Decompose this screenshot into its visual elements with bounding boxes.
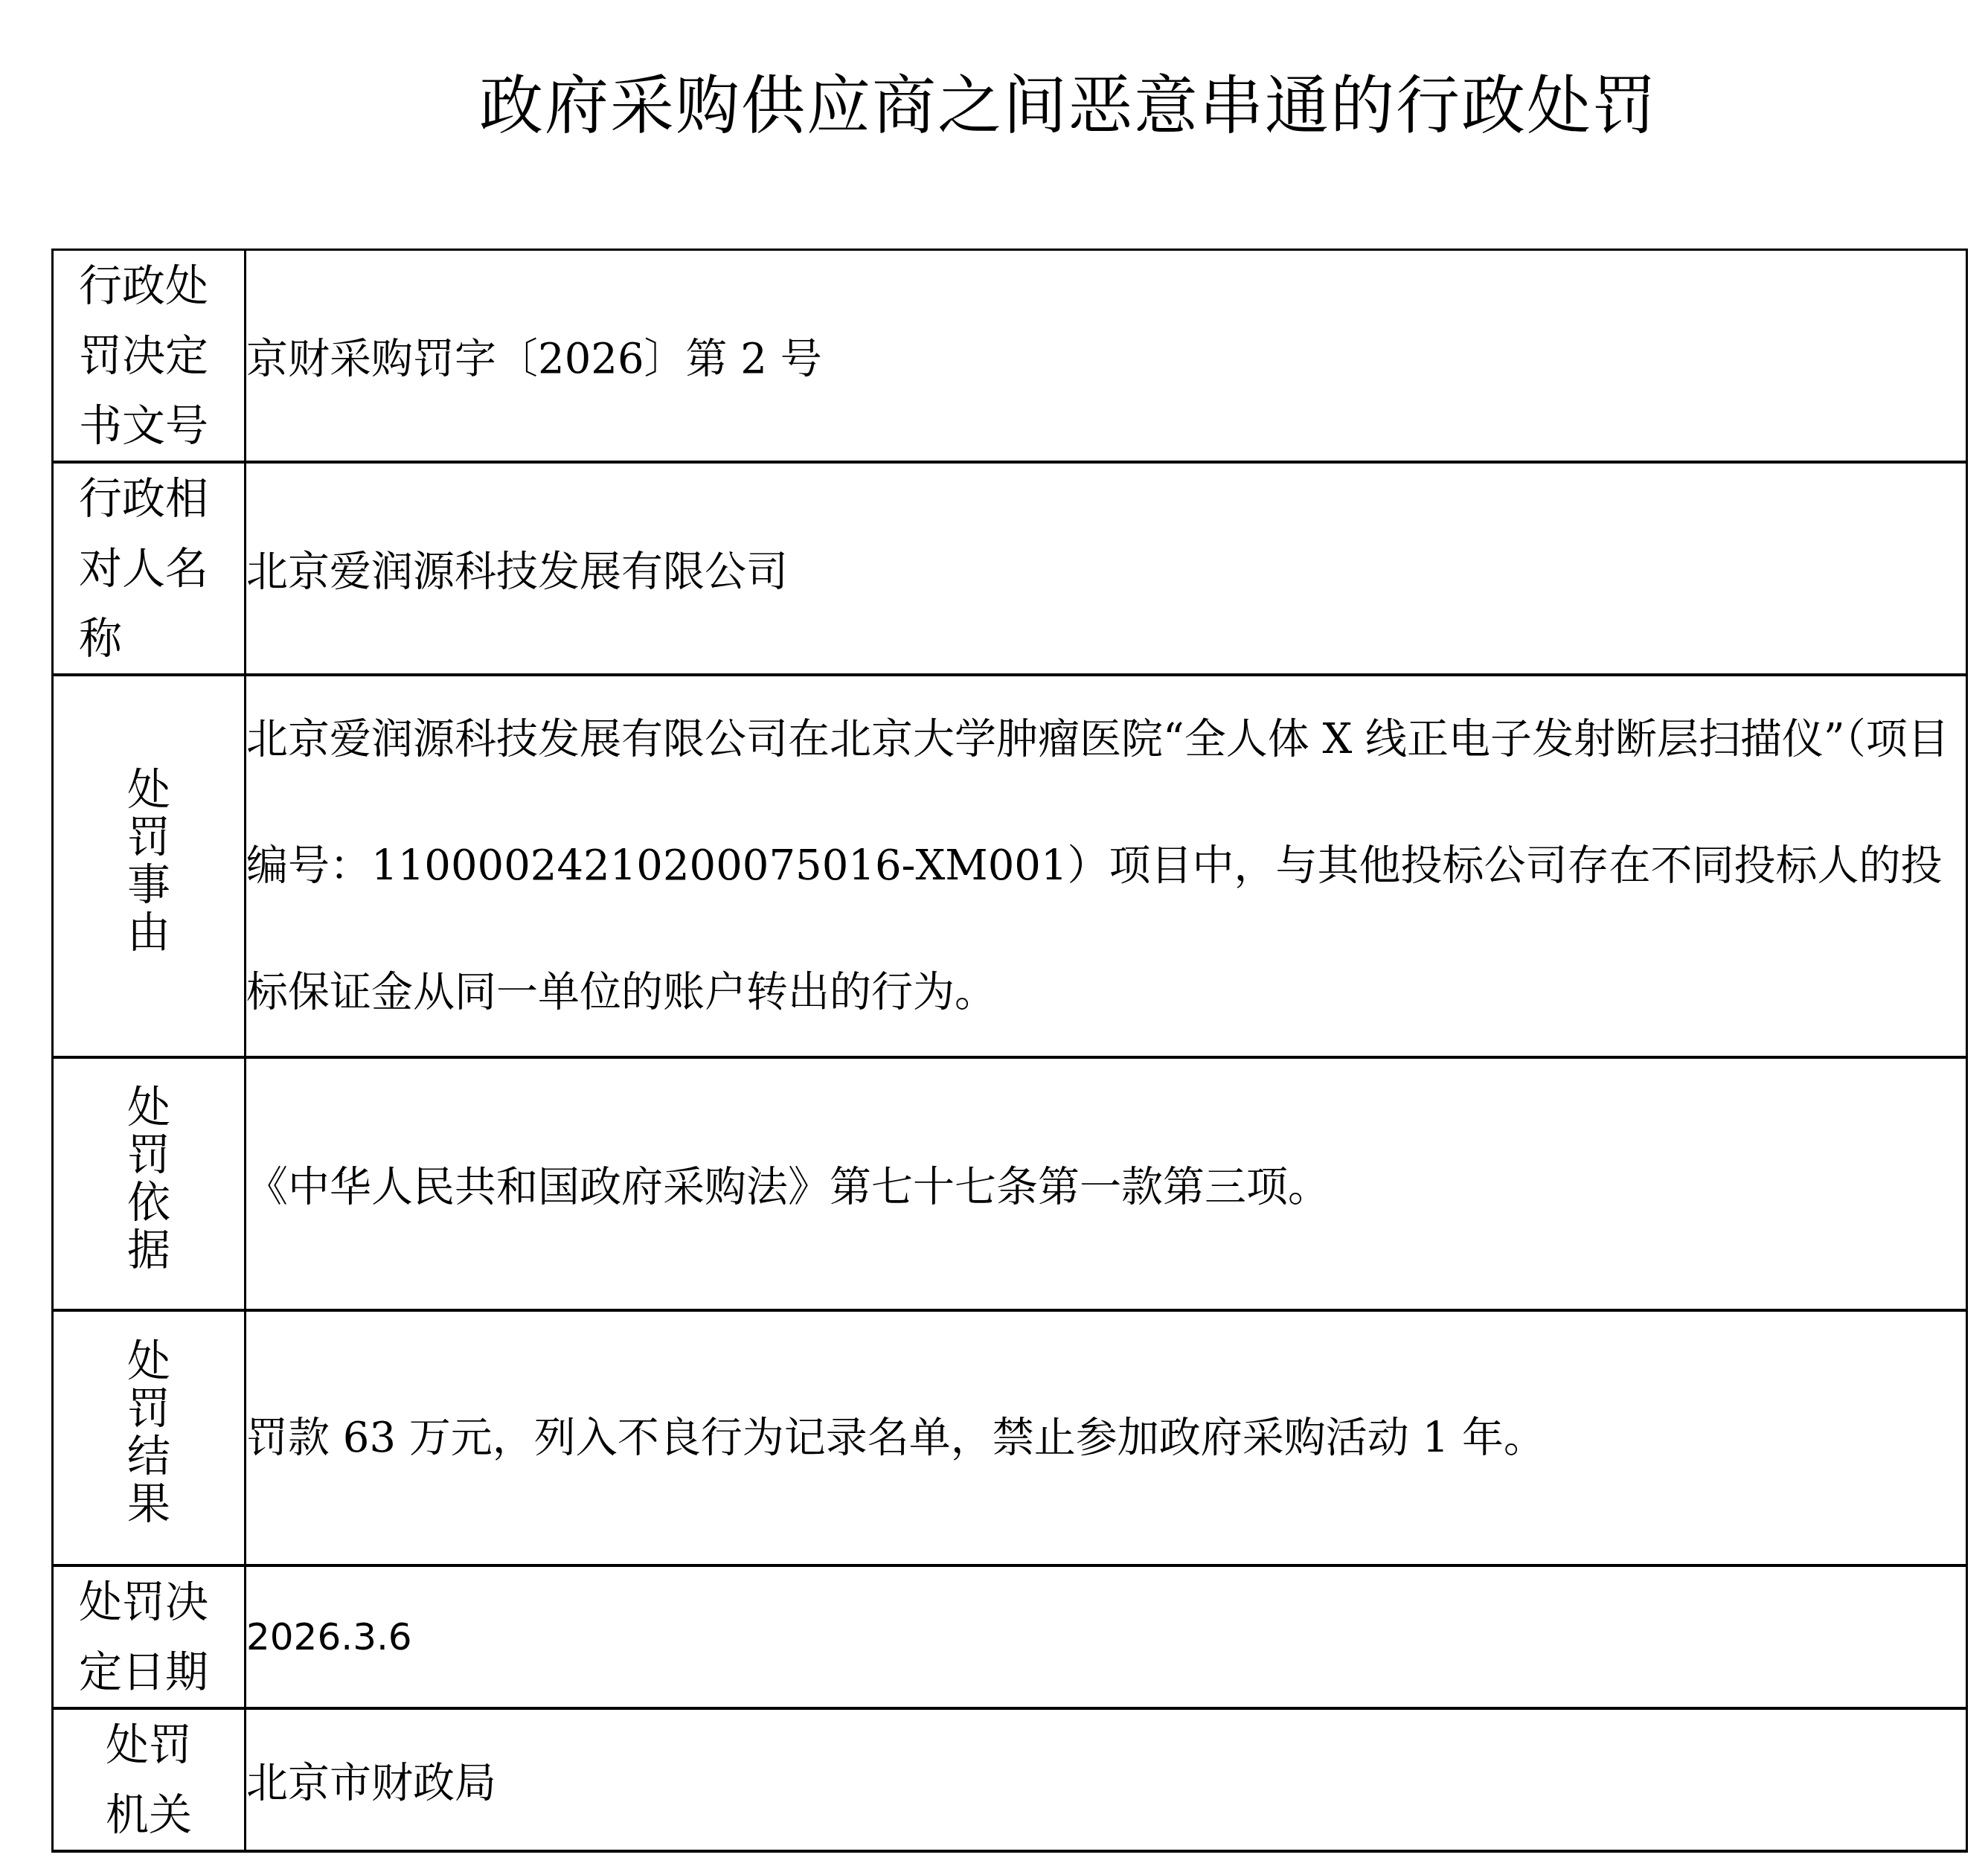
label-text: 处罚依据	[126, 1083, 172, 1274]
table-row-decision-date: 处罚决定日期 2026.3.6	[53, 1565, 1967, 1708]
row-label: 处罚决定日期	[53, 1565, 246, 1708]
penalty-basis-value: 《中华人民共和国政府采购法》第七十七条第一款第三项。	[246, 1057, 1967, 1310]
label-text: 处罚结果	[126, 1337, 172, 1528]
penalty-info-table: 行政处罚决定书文号 京财采购罚字〔2026〕第 2 号 行政相对人名称 北京爱润…	[51, 249, 1968, 1853]
document-title-text: 政府采购供应商之间恶意串通的行政处罚	[479, 65, 1658, 147]
row-label: 处罚结果	[53, 1310, 246, 1565]
row-label: 处罚事由	[53, 675, 246, 1057]
decision-date-value: 2026.3.6	[246, 1565, 1967, 1708]
penalty-authority-value: 北京市财政局	[246, 1708, 1967, 1851]
table-row-penalty-basis: 处罚依据 《中华人民共和国政府采购法》第七十七条第一款第三项。	[53, 1057, 1967, 1310]
label-text: 行政相对人名称	[79, 464, 219, 673]
decision-number-value: 京财采购罚字〔2026〕第 2 号	[246, 250, 1967, 463]
row-label: 行政处罚决定书文号	[53, 250, 246, 463]
row-label: 处罚机关	[53, 1708, 246, 1851]
table-row-penalty-reason: 处罚事由 北京爱润源科技发展有限公司在北京大学肿瘤医院“全人体 X 线正电子发射…	[53, 675, 1967, 1057]
label-text: 处罚事由	[126, 766, 172, 956]
table-row-respondent-name: 行政相对人名称 北京爱润源科技发展有限公司	[53, 462, 1967, 675]
respondent-name-value: 北京爱润源科技发展有限公司	[246, 462, 1967, 675]
penalty-result-value: 罚款 63 万元，列入不良行为记录名单，禁止参加政府采购活动 1 年。	[246, 1310, 1967, 1565]
label-text: 处罚机关	[100, 1710, 197, 1850]
label-text: 处罚决定日期	[79, 1567, 219, 1707]
table-row-penalty-authority: 处罚机关 北京市财政局	[53, 1708, 1967, 1851]
table-row-penalty-result: 处罚结果 罚款 63 万元，列入不良行为记录名单，禁止参加政府采购活动 1 年。	[53, 1310, 1967, 1565]
row-label: 行政相对人名称	[53, 462, 246, 675]
document-title: 政府采购供应商之间恶意串通的行政处罚	[0, 65, 1988, 147]
table-row-decision-number: 行政处罚决定书文号 京财采购罚字〔2026〕第 2 号	[53, 250, 1967, 463]
label-text: 行政处罚决定书文号	[79, 251, 219, 461]
row-label: 处罚依据	[53, 1057, 246, 1310]
penalty-reason-value: 北京爱润源科技发展有限公司在北京大学肿瘤医院“全人体 X 线正电子发射断层扫描仪…	[246, 675, 1967, 1057]
